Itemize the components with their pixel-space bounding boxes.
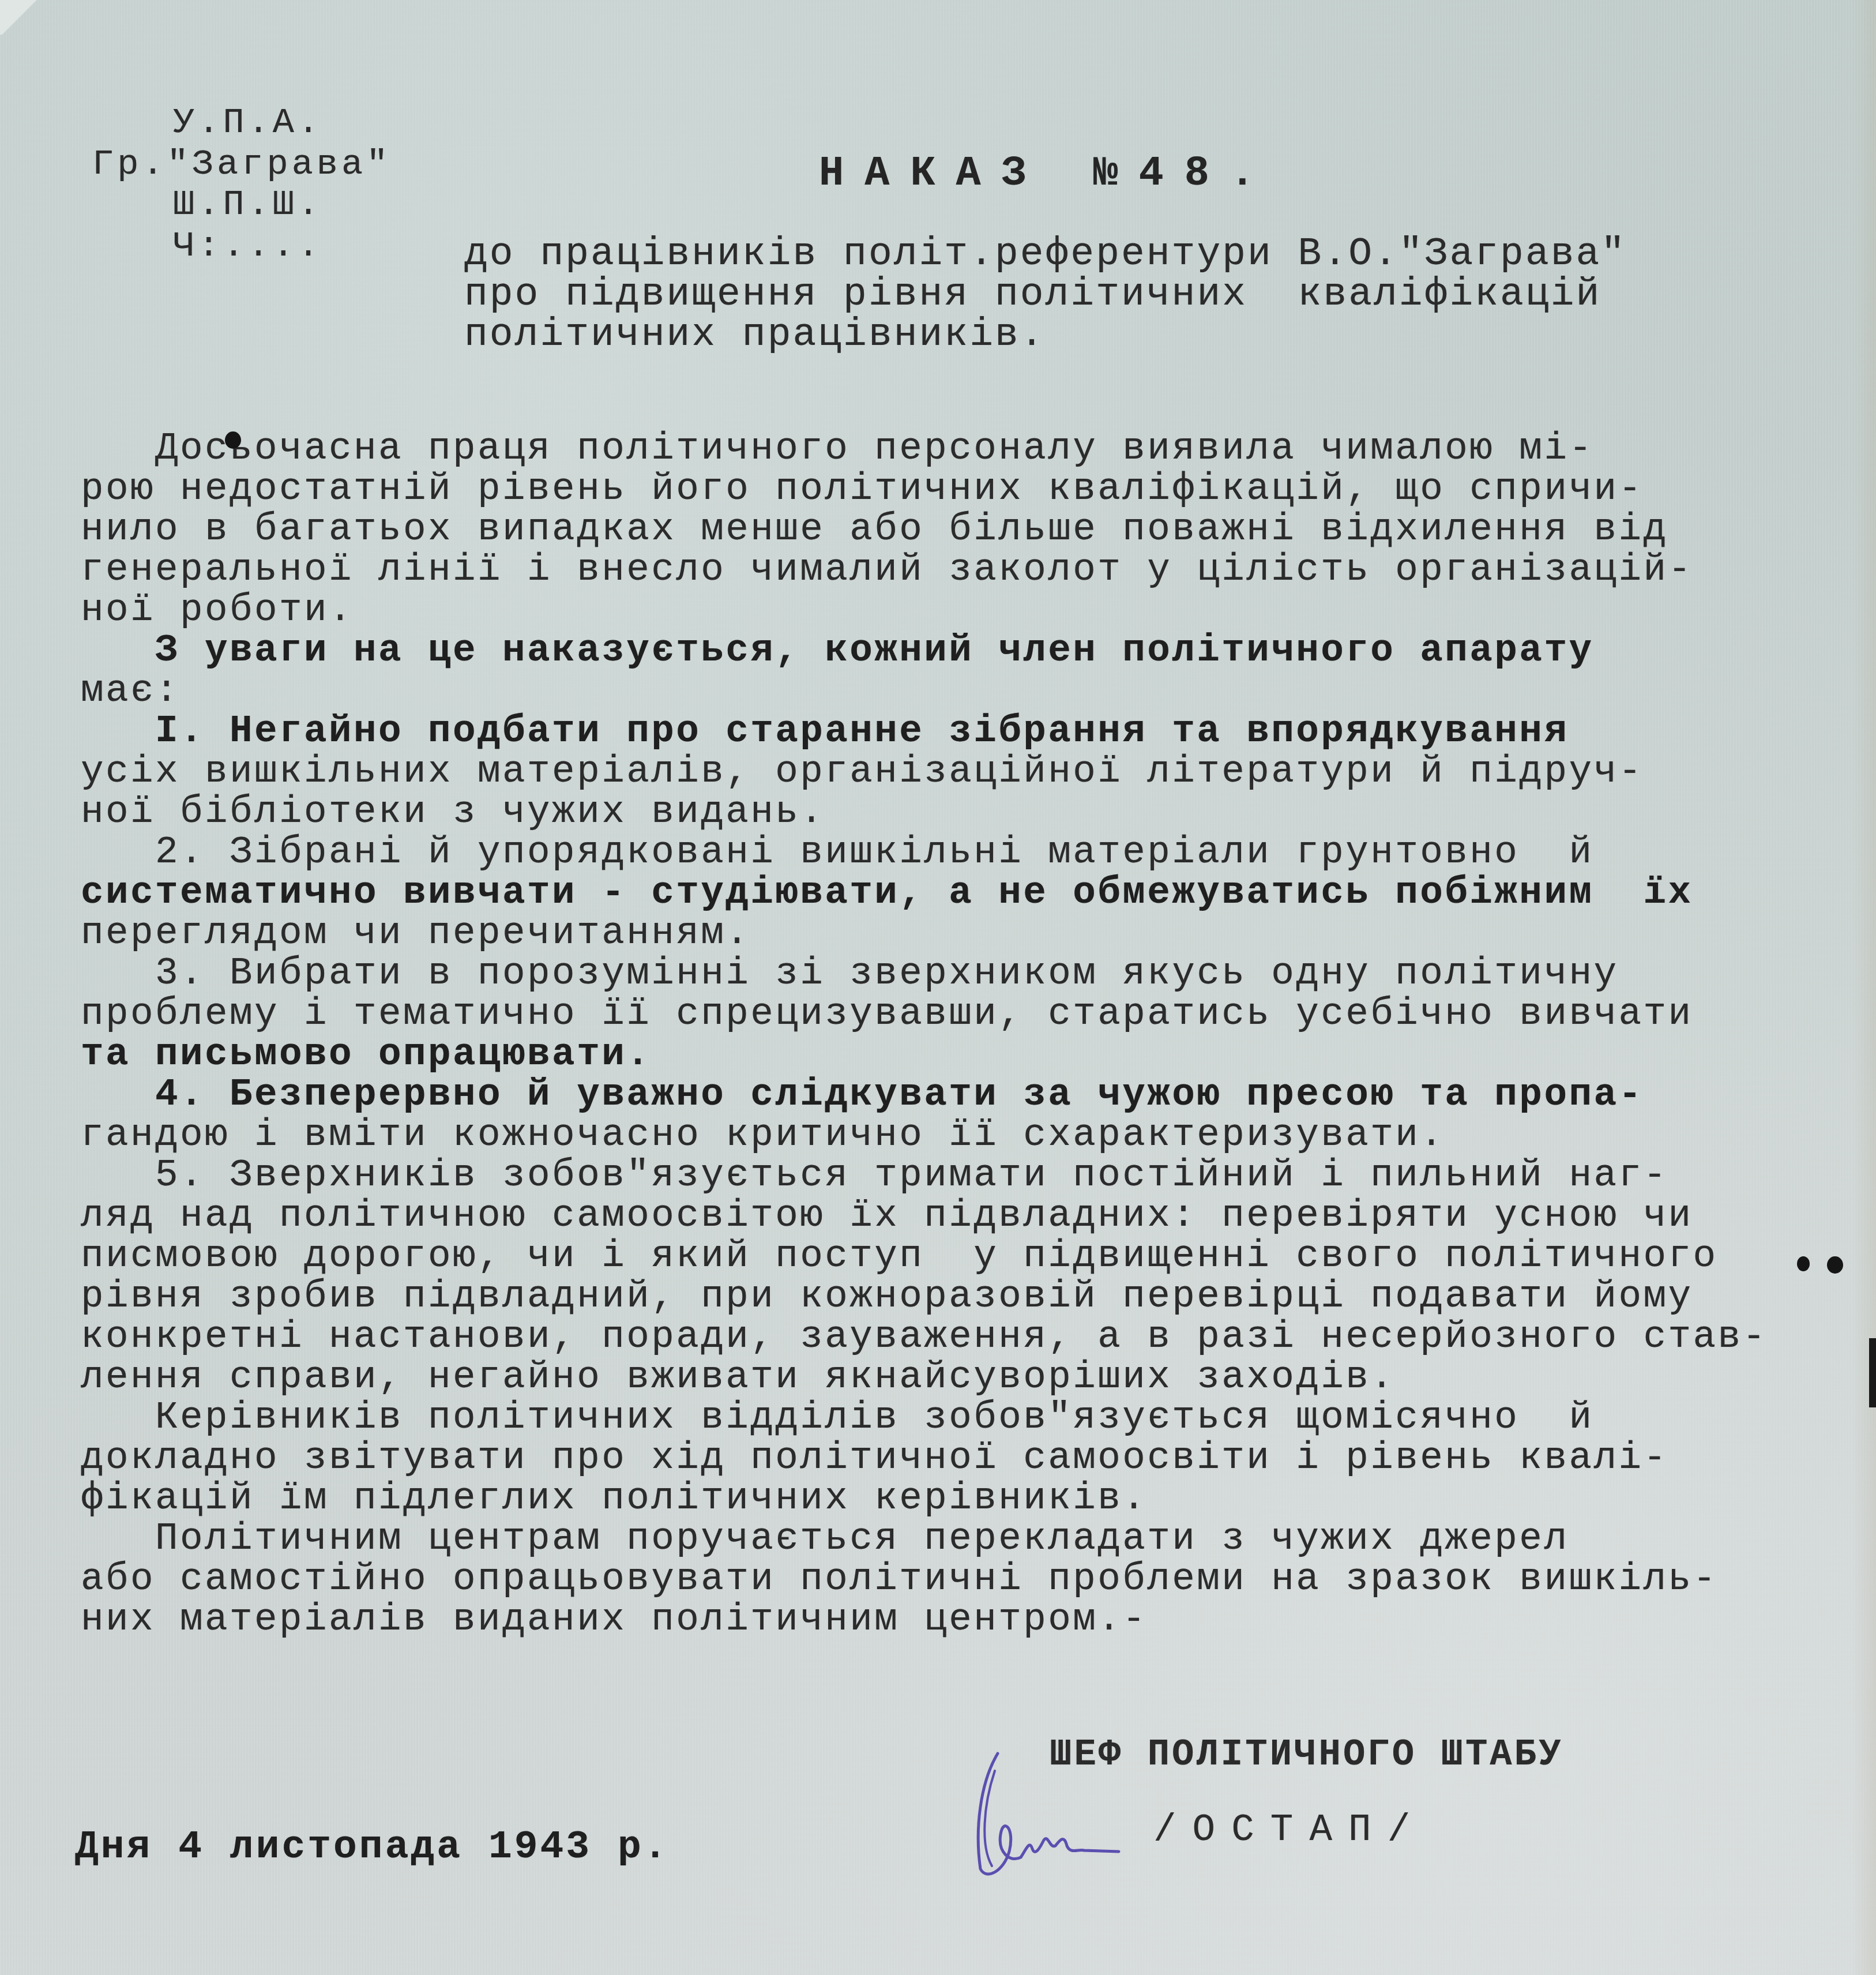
body-line: писмовою дорогою, чи і який поступ у під… [81, 1237, 1717, 1275]
body-line: має: [81, 672, 180, 710]
paper-right-edge [1853, 0, 1876, 1975]
body-line: проблему і тематично її спрецизувавши, с… [81, 995, 1693, 1033]
folded-corner [0, 0, 40, 35]
body-line: лення справи, негайно вживати якнайсувор… [81, 1358, 1395, 1396]
header-staff: Ш.П.Ш. [173, 186, 322, 224]
body-line: рівня зробив підвладний, при кожноразові… [81, 1278, 1693, 1316]
body-line: ної роботи. [81, 591, 354, 629]
body-line: ної бібліотеки з чужих видань. [81, 793, 825, 831]
header-group: Гр."Заграва" [92, 145, 391, 183]
body-line: рою недостатній рівень його політичних к… [81, 470, 1643, 508]
list-item-3: 3. Вибрати в порозумінні зі зверхником я… [81, 955, 1618, 993]
body-line: З уваги на це наказується, кожний член п… [81, 632, 1593, 670]
subject-line: політичних працівників. [464, 316, 1046, 354]
body-line: них матеріалів виданих політичним центро… [81, 1601, 1147, 1639]
document-page: У.П.А. Гр."Заграва" Ш.П.Ш. Ч:.... НАКАЗ … [0, 0, 1876, 1975]
edge-tear-mark [1869, 1338, 1876, 1407]
document-date: Дня 4 листопада 1943 р. [75, 1828, 670, 1867]
ink-blot [1797, 1256, 1810, 1271]
body-line: конкретні настанови, поради, зауваження,… [81, 1318, 1767, 1356]
body-line: ляд над політичною самоосвітою їх підвла… [81, 1197, 1693, 1235]
body-line: докладно звітувати про хід політичної са… [81, 1439, 1668, 1477]
body-line: Керівників політичних відділів зобов"язу… [81, 1399, 1593, 1437]
body-line: переглядом чи перечитанням. [81, 914, 750, 952]
body-line: фікацій їм підлеглих політичних керівник… [81, 1480, 1147, 1518]
list-item-5: 5. Зверхників зобов"язується тримати пос… [81, 1157, 1668, 1195]
header-number-field: Ч:.... [173, 227, 322, 265]
body-line: Політичним центрам поручається переклада… [81, 1520, 1569, 1558]
document-title: НАКАЗ №48. [819, 155, 1276, 193]
body-line: та письмово опрацювати. [81, 1035, 651, 1073]
body-line: Досьочасна праця політичного персоналу в… [81, 430, 1593, 468]
body-line: усіх вишкільних матеріалів, організаційн… [81, 753, 1643, 791]
list-item-4: 4. Безперервно й уважно слідкувати за чу… [81, 1076, 1643, 1114]
subject-line: про підвищення рівня політичних кваліфік… [464, 276, 1601, 314]
body-line: генеральної лінії і внесло чималий закол… [81, 551, 1693, 589]
list-item-1: I. Негайно подбати про старанне зібрання… [81, 712, 1569, 750]
body-line: систематично вивчати - студіювати, а не … [81, 874, 1693, 912]
body-line: гандою і вміти кожночасно критично її сх… [81, 1116, 1445, 1154]
list-item-2: 2. Зібрані й упорядковані вишкільні мате… [81, 833, 1593, 872]
subject-line: до працівників політ.референтури В.О."За… [464, 235, 1626, 273]
signatory-name: /ОСТАП/ [1153, 1811, 1426, 1849]
body-line: нило в багатьох випадках менше або більш… [81, 510, 1668, 549]
header-org: У.П.А. [173, 104, 322, 142]
ink-blot [1827, 1256, 1843, 1274]
body-line: або самостійно опрацьовувати політичні п… [81, 1560, 1717, 1598]
ink-blot [225, 431, 241, 449]
